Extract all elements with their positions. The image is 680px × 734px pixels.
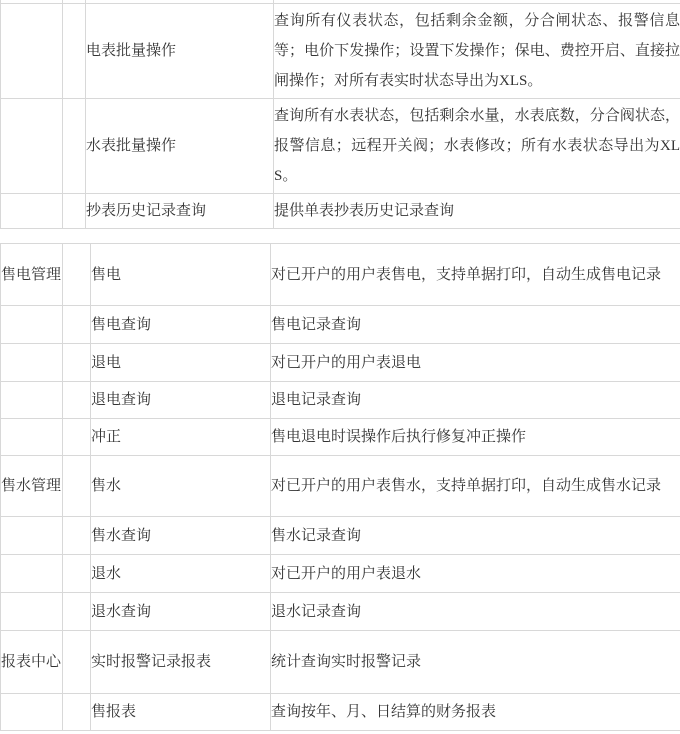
sales-management-table: 售电管理售电对已开户的用户表售电，支持单据打印，自动生成售电记录售电查询售电记录… [0,243,680,731]
description-cell: 退水记录查询 [271,593,680,631]
category-cell: 售电管理 [1,244,63,306]
description-cell: 统计查询实时报警记录 [271,631,680,694]
table-row: 退水查询退水记录查询 [1,593,680,631]
category-cell: 报表中心 [1,631,63,694]
feature-cell: 售电 [91,244,271,306]
spacer-cell [63,4,86,99]
feature-cell: 抄表历史记录查询 [86,194,274,229]
document-page: 电表批量操作查询所有仪表状态，包括剩余金额，分合闸状态、报警信息等；电价下发操作… [0,0,680,731]
feature-cell: 售报表 [91,694,271,731]
table-row: 售报表查询按年、月、日结算的财务报表 [1,694,680,731]
spacer-cell [63,694,91,731]
description-cell: 退电记录查询 [271,382,680,419]
description-cell: 对已开户的用户表售水，支持单据打印，自动生成售水记录 [271,456,680,517]
table-row: 售电查询售电记录查询 [1,306,680,344]
spacer-cell [63,593,91,631]
feature-cell: 退水 [91,555,271,593]
feature-cell: 售电查询 [91,306,271,344]
table-row: 冲正售电退电时误操作后执行修复冲正操作 [1,419,680,456]
spacer-cell [63,306,91,344]
spacer-cell [63,244,91,306]
spacer-cell [63,99,86,194]
table-row: 水表批量操作查询所有水表状态，包括剩余水量，水表底数，分合阀状态，报警信息；远程… [1,99,680,194]
feature-cell: 水表批量操作 [86,99,274,194]
table-row: 售水管理售水对已开户的用户表售水，支持单据打印，自动生成售水记录 [1,456,680,517]
feature-cell: 退电查询 [91,382,271,419]
category-cell [1,344,63,382]
spacer-cell [63,194,86,229]
table-row: 抄表历史记录查询提供单表抄表历史记录查询 [1,194,680,229]
meter-batch-operations-table: 电表批量操作查询所有仪表状态，包括剩余金额，分合闸状态、报警信息等；电价下发操作… [0,0,680,229]
spacer-cell [63,517,91,555]
category-cell [1,4,63,99]
description-cell: 对已开户的用户表退水 [271,555,680,593]
category-cell [1,99,63,194]
spacer-cell [63,456,91,517]
table-row: 报表中心实时报警记录报表统计查询实时报警记录 [1,631,680,694]
feature-cell: 电表批量操作 [86,4,274,99]
category-cell [1,194,63,229]
description-cell: 查询所有水表状态，包括剩余水量，水表底数，分合阀状态，报警信息；远程开关阀；水表… [274,99,680,194]
table-row: 退电查询退电记录查询 [1,382,680,419]
feature-cell: 售水 [91,456,271,517]
table-body: 电表批量操作查询所有仪表状态，包括剩余金额，分合闸状态、报警信息等；电价下发操作… [1,0,680,229]
spacer-cell [63,555,91,593]
table-row: 退电对已开户的用户表退电 [1,344,680,382]
description-cell: 对已开户的用户表售电，支持单据打印，自动生成售电记录 [271,244,680,306]
category-cell [1,382,63,419]
feature-cell: 退电 [91,344,271,382]
table-row: 电表批量操作查询所有仪表状态，包括剩余金额，分合闸状态、报警信息等；电价下发操作… [1,4,680,99]
description-cell: 提供单表抄表历史记录查询 [274,194,680,229]
category-cell [1,555,63,593]
table-row: 退水对已开户的用户表退水 [1,555,680,593]
category-cell: 售水管理 [1,456,63,517]
feature-cell: 实时报警记录报表 [91,631,271,694]
spacer-cell [63,344,91,382]
spacer-cell [63,631,91,694]
category-cell [1,419,63,456]
description-cell: 售水记录查询 [271,517,680,555]
description-cell: 查询所有仪表状态，包括剩余金额，分合闸状态、报警信息等；电价下发操作；设置下发操… [274,4,680,99]
category-cell [1,593,63,631]
category-cell [1,694,63,731]
table-row: 售电管理售电对已开户的用户表售电，支持单据打印，自动生成售电记录 [1,244,680,306]
description-cell: 查询按年、月、日结算的财务报表 [271,694,680,731]
feature-cell: 退水查询 [91,593,271,631]
category-cell [1,517,63,555]
spacer-cell [63,382,91,419]
feature-cell: 冲正 [91,419,271,456]
feature-cell: 售水查询 [91,517,271,555]
spacer-cell [63,419,91,456]
table-body: 售电管理售电对已开户的用户表售电，支持单据打印，自动生成售电记录售电查询售电记录… [1,244,680,731]
description-cell: 售电记录查询 [271,306,680,344]
description-cell: 对已开户的用户表退电 [271,344,680,382]
description-cell: 售电退电时误操作后执行修复冲正操作 [271,419,680,456]
category-cell [1,306,63,344]
table-row: 售水查询售水记录查询 [1,517,680,555]
